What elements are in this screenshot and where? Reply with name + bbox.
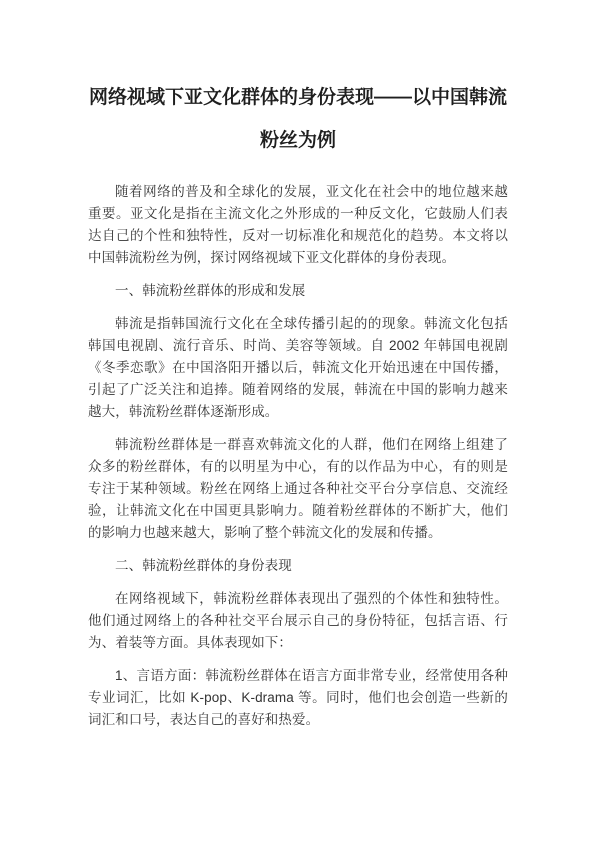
section-heading-1: 一、韩流粉丝群体的形成和发展 (88, 280, 508, 302)
paragraph-intro: 随着网络的普及和全球化的发展，亚文化在社会中的地位越来越重要。亚文化是指在主流文… (88, 181, 508, 269)
document-page: 网络视域下亚文化群体的身份表现——以中国韩流粉丝为例 随着网络的普及和全球化的发… (0, 0, 600, 849)
section-heading-2: 二、韩流粉丝群体的身份表现 (88, 555, 508, 577)
document-title: 网络视域下亚文化群体的身份表现——以中国韩流粉丝为例 (88, 76, 508, 162)
paragraph-identity-overview: 在网络视域下，韩流粉丝群体表现出了强烈的个体性和独特性。他们通过网络上的各种社交… (88, 588, 508, 654)
paragraph-hallyu-origin: 韩流是指韩国流行文化在全球传播引起的的现象。韩流文化包括韩国电视剧、流行音乐、时… (88, 313, 508, 423)
paragraph-language-aspect: 1、言语方面：韩流粉丝群体在语言方面非常专业，经常使用各种专业词汇，比如 K-p… (88, 665, 508, 731)
paragraph-fan-groups: 韩流粉丝群体是一群喜欢韩流文化的人群，他们在网络上组建了众多的粉丝群体，有的以明… (88, 434, 508, 544)
